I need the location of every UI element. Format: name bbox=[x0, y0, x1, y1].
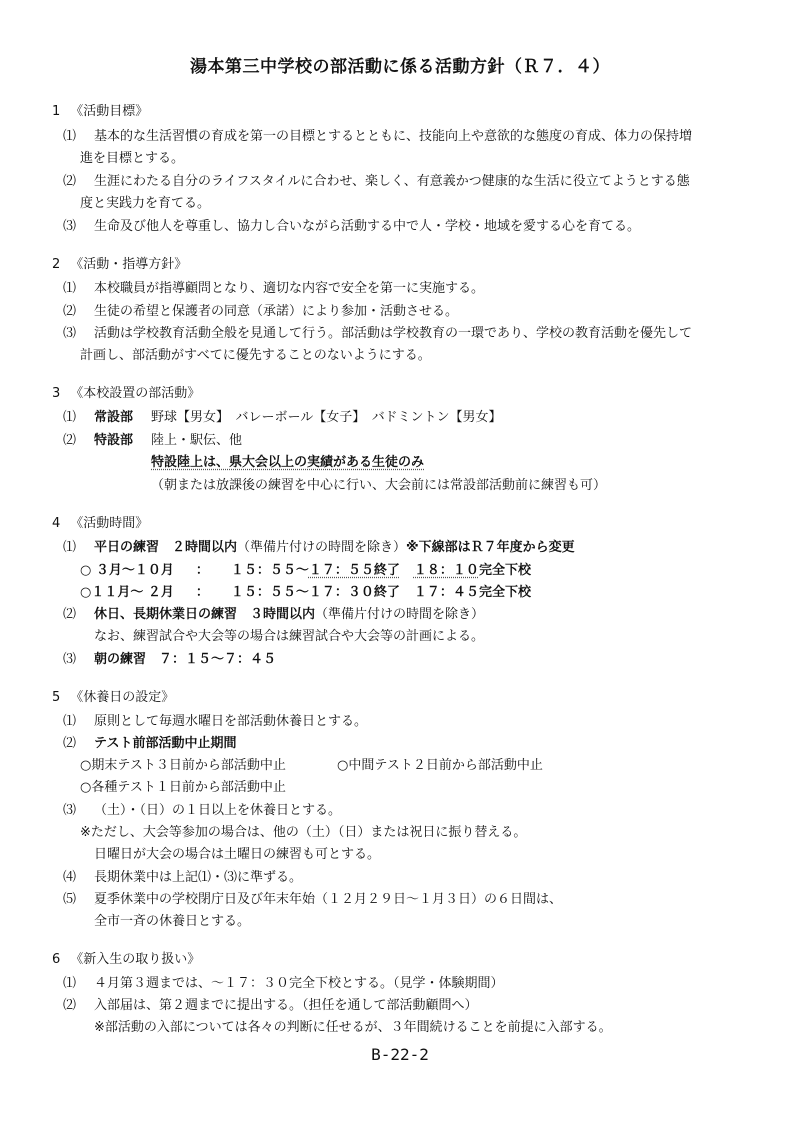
section-2-item-3-line-2: 計画し、部活動がすべてに優先することのないようにする。 bbox=[80, 347, 431, 365]
schedule-start: １５：５５～ bbox=[231, 563, 309, 578]
section-5-item-5-line-1: 夏季休業中の学校閉庁日及び年末年始（１２月２９日～１月３日）の６日間は、 bbox=[94, 891, 562, 909]
test-stop-bullet-3: ○各種テスト１日前から部活動中止 bbox=[80, 779, 286, 797]
section-1-item-1-line-2: 進を目標とする。 bbox=[80, 150, 184, 168]
section-5-item-3-text: （土）・（日）の１日以上を休養日とする。 bbox=[94, 802, 341, 820]
document-page: 湯本第三中学校の部活動に係る活動方針（Ｒ７．４） 1《活動目標》 ⑴ 基本的な生… bbox=[0, 0, 800, 1131]
section-5-item-1-text: 原則として毎週水曜日を部活動休養日とする。 bbox=[94, 713, 367, 731]
section-5-item-5-marker: ⑸ bbox=[63, 891, 76, 909]
holiday-practice-paren: （準備片付けの時間を除き） bbox=[315, 607, 484, 622]
section-5-item-2-label: テスト前部活動中止期間 bbox=[94, 735, 236, 753]
schedule-period: １１月～ ２月 bbox=[91, 585, 174, 600]
section-2-item-3-marker: ⑶ bbox=[63, 325, 76, 343]
section-4-item-2-marker: ⑵ bbox=[63, 606, 76, 624]
schedule-period: ３月～１０月 bbox=[91, 563, 174, 578]
schedule-dismissal-time: １７：４５ bbox=[414, 585, 479, 600]
section-2-item-1-text: 本校職員が指導顧問となり、適切な内容で安全を第一に実施する。 bbox=[94, 280, 484, 298]
section-6-item-2-marker: ⑵ bbox=[63, 997, 76, 1015]
test-stop-bullet-1: ○期末テスト３日前から部活動中止 bbox=[80, 757, 286, 775]
section-3-item-2-note: （朝または放課後の練習を中心に行い、大会前には常設部活動前に練習も可） bbox=[151, 477, 606, 495]
section-6-heading: 6《新入生の取り扱い》 bbox=[52, 951, 200, 969]
morning-practice-label: 朝の練習 ７：１５～７：４５ bbox=[94, 651, 276, 669]
section-2-heading: 2《活動・指導方針》 bbox=[52, 256, 187, 274]
section-5-item-4-marker: ⑷ bbox=[63, 869, 76, 887]
section-number: 6 bbox=[52, 952, 60, 967]
section-4-item-1-row: 平日の練習 ２時間以内（準備片付けの時間を除き）※下線部はＲ７年度から変更 bbox=[94, 539, 575, 557]
section-1-item-2-line-1: 生涯にわたる自分のライフスタイルに合わせ、楽しく、有意義かつ健康的な生活に役立て… bbox=[94, 173, 690, 191]
section-number: 4 bbox=[52, 516, 60, 531]
section-3-item-1-label: 常設部 bbox=[94, 409, 133, 427]
section-heading: 《本校設置の部活動》 bbox=[70, 386, 200, 401]
section-4-item-2-note: なお、練習試合や大会等の場合は練習試合や大会等の計画による。 bbox=[94, 628, 484, 646]
section-6-item-2-note: ※部活動の入部については各々の判断に任せるが、３年間続けることを前提に入部する。 bbox=[94, 1019, 612, 1037]
section-heading: 《新入生の取り扱い》 bbox=[70, 952, 200, 967]
section-4-item-1-marker: ⑴ bbox=[63, 539, 76, 557]
section-1-item-1-line-1: 基本的な生活習慣の育成を第一の目標とするとともに、技能向上や意欲的な態度の育成、… bbox=[94, 128, 692, 146]
section-5-item-3-marker: ⑶ bbox=[63, 802, 76, 820]
schedule-start: １５：５５～ bbox=[231, 585, 309, 600]
section-5-item-5-line-2: 全市一斉の休養日とする。 bbox=[94, 913, 250, 931]
holiday-practice-label: 休日、長期休業日の練習 ３時間以内 bbox=[94, 607, 315, 622]
section-1-item-2-marker: ⑵ bbox=[63, 173, 76, 191]
weekday-practice-paren: （準備片付けの時間を除き） bbox=[237, 540, 406, 555]
bullet-circle: ○ bbox=[80, 563, 91, 578]
section-3-item-1-marker: ⑴ bbox=[63, 409, 76, 427]
section-1-item-3-marker: ⑶ bbox=[63, 218, 76, 236]
schedule-dismissal-label: 完全下校 bbox=[479, 585, 531, 600]
section-2-item-1-marker: ⑴ bbox=[63, 280, 76, 298]
separator: ： bbox=[196, 563, 209, 578]
change-remark: ※下線部はＲ７年度から変更 bbox=[406, 540, 575, 555]
section-5-item-4-text: 長期休業中は上記⑴・⑶に準ずる。 bbox=[94, 869, 302, 887]
schedule-end: １７：５５終了 bbox=[309, 563, 400, 578]
page-code: B-22-2 bbox=[0, 1045, 800, 1064]
section-6-item-2-text: 入部届は、第２週までに提出する。（担任を通して部活動顧問へ） bbox=[94, 997, 478, 1015]
schedule-end: １７：３０終了 bbox=[309, 585, 400, 600]
section-5-item-3-note-2: 日曜日が大会の場合は土曜日の練習も可とする。 bbox=[94, 846, 380, 864]
bullet-circle: ○ bbox=[80, 585, 91, 600]
section-2-item-2-marker: ⑵ bbox=[63, 303, 76, 321]
section-1-item-3-line-1: 生命及び他人を尊重し、協力し合いながら活動する中で人・学校・地域を愛する心を育て… bbox=[94, 218, 640, 236]
schedule-dismissal-time: １８：１０ bbox=[414, 563, 479, 578]
section-5-item-3-note-1: ※ただし、大会等参加の場合は、他の（土）（日）または祝日に振り替える。 bbox=[80, 824, 526, 842]
test-stop-bullet-2: ○中間テスト２日前から部活動中止 bbox=[337, 757, 543, 775]
section-heading: 《活動時間》 bbox=[70, 516, 148, 531]
section-4-item-3-marker: ⑶ bbox=[63, 651, 76, 669]
section-3-item-1-text: 野球【男女】 バレーボール【女子】 バドミントン【男女】 bbox=[151, 409, 501, 427]
section-2-item-3-line-1: 活動は学校教育活動全般を見通して行う。部活動は学校教育の一環であり、学校の教育活… bbox=[94, 325, 692, 343]
schedule-row-winter: ○１１月～ ２月：１５：５５～１７：３０終了１７：４５完全下校 bbox=[80, 584, 531, 602]
section-1-heading: 1《活動目標》 bbox=[52, 103, 148, 121]
section-number: 2 bbox=[52, 257, 60, 272]
schedule-row-spring: ○ ３月～１０月：１５：５５～１７：５５終了１８：１０完全下校 bbox=[80, 562, 531, 580]
section-heading: 《活動目標》 bbox=[70, 104, 148, 119]
section-5-heading: 5《休養日の設定》 bbox=[52, 689, 174, 707]
section-1-item-1-marker: ⑴ bbox=[63, 128, 76, 146]
section-5-item-2-marker: ⑵ bbox=[63, 735, 76, 753]
section-3-heading: 3《本校設置の部活動》 bbox=[52, 385, 200, 403]
document-title: 湯本第三中学校の部活動に係る活動方針（Ｒ７．４） bbox=[0, 52, 800, 77]
section-2-item-2-text: 生徒の希望と保護者の同意（承諾）により参加・活動させる。 bbox=[94, 303, 458, 321]
section-number: 5 bbox=[52, 690, 60, 705]
section-3-item-2-bold-note: 特設陸上は、県大会以上の実績がある生徒のみ bbox=[151, 454, 424, 472]
section-1-item-2-line-2: 度と実践力を育てる。 bbox=[80, 195, 210, 213]
section-3-item-2-label: 特設部 bbox=[94, 432, 133, 450]
section-3-item-2-marker: ⑵ bbox=[63, 432, 76, 450]
section-number: 1 bbox=[52, 104, 60, 119]
weekday-practice-label: 平日の練習 ２時間以内 bbox=[94, 540, 237, 555]
section-4-heading: 4《活動時間》 bbox=[52, 515, 148, 533]
section-heading: 《休養日の設定》 bbox=[70, 690, 174, 705]
section-6-item-1-text: ４月第３週までは、～１７：３０完全下校とする。（見学・体験期間） bbox=[94, 975, 504, 993]
section-4-item-2-row: 休日、長期休業日の練習 ３時間以内（準備片付けの時間を除き） bbox=[94, 606, 484, 624]
section-5-item-1-marker: ⑴ bbox=[63, 713, 76, 731]
section-3-item-2-text: 陸上・駅伝、他 bbox=[151, 432, 242, 450]
section-number: 3 bbox=[52, 386, 60, 401]
separator: ： bbox=[196, 585, 209, 600]
section-6-item-1-marker: ⑴ bbox=[63, 975, 76, 993]
section-heading: 《活動・指導方針》 bbox=[70, 257, 187, 272]
schedule-dismissal-label: 完全下校 bbox=[479, 563, 531, 578]
